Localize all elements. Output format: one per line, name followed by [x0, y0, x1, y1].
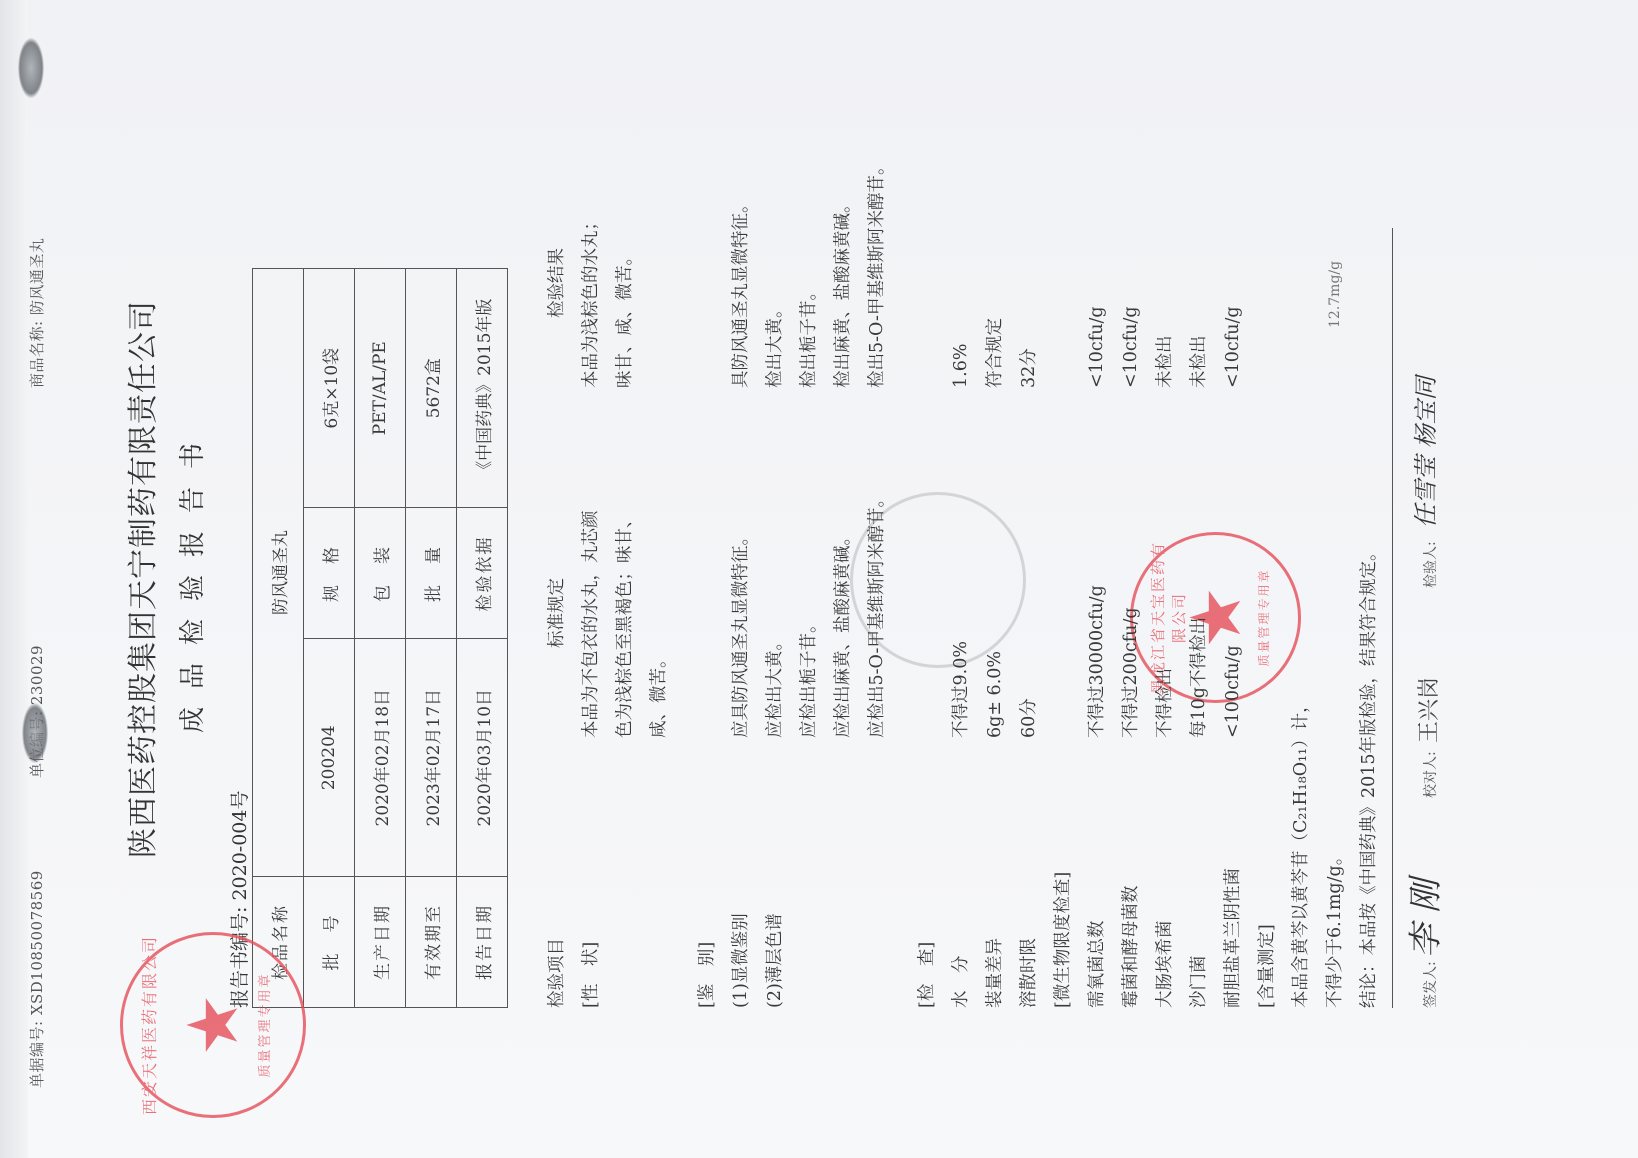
value-expiry: 2023年02月17日 [406, 639, 457, 876]
identification-heading: [鉴 别] [690, 208, 724, 1008]
result-text: <10cfu/g [1216, 306, 1250, 388]
item-name: 需氧菌总数 [1080, 921, 1114, 1009]
standard-text: 不得过30000cfu/g [1080, 585, 1114, 738]
standard-text: 应具防风通圣丸显微特征。 [724, 528, 758, 738]
assay-line: 不得少于6.1mg/g。 12.7mg/g [1318, 208, 1352, 1008]
scanned-report-sheet: 单据编号: XSD10850078569 单位编号: 230029 商品名称: … [0, 0, 1638, 1158]
company-seal-lower: 西安天祥医药有限公司 ★ 质量管理专用章 [120, 932, 306, 1118]
item-name: (2)薄层色谱 [758, 913, 792, 1008]
result-text: 检出栀子苷。 [792, 283, 826, 388]
test-row: 水 分不得过9.0%1.6% [944, 208, 978, 1008]
appearance-line: 咸、微苦。 [642, 208, 676, 1008]
scan-smudge [18, 38, 44, 98]
product-info-table: 检品名称 防风通圣丸 批 号 200204 规 格 6克×10袋 生产日期 20… [252, 268, 508, 1008]
assay-result: 12.7mg/g [1318, 261, 1352, 328]
item-name: 耐胆盐革兰阴性菌 [1216, 868, 1250, 1008]
result-text: 检出5-O-甲基维斯阿米醇苷。 [860, 158, 894, 388]
result-text: <10cfu/g [1114, 306, 1148, 388]
value-production-date: 2020年02月18日 [355, 639, 406, 876]
standard-text: 应检出栀子苷。 [792, 616, 826, 739]
item-name: 沙门菌 [1182, 956, 1216, 1009]
header-standard: 标准规定 [540, 578, 574, 648]
appearance-line: 色为浅棕色至黑褐色；味甘、 味甘、咸、微苦。 [608, 208, 642, 1008]
table-row: 批 号 200204 规 格 6克×10袋 [304, 269, 355, 1008]
result-text: 本品为浅棕色的水丸； [574, 213, 608, 388]
result-text: 符合规定 [978, 318, 1012, 388]
scan-smudge [22, 703, 48, 763]
value-product-name: 防风通圣丸 [253, 269, 304, 877]
section-heading: [检 查] [910, 942, 944, 1008]
label-spec: 规 格 [304, 508, 355, 639]
result-text: 1.6% [944, 344, 978, 388]
column-headers: 检验项目 标准规定 检验结果 [540, 208, 574, 1008]
standard-text: 不得检出 [1148, 668, 1182, 738]
item-name: 溶散时限 [1012, 938, 1046, 1008]
result-text: 未检出 [1148, 336, 1182, 389]
label-expiry: 有效期至 [406, 876, 457, 1007]
standard-text: 每10g不得检出 [1182, 617, 1216, 738]
test-row: 应检出栀子苷。检出栀子苷。 [792, 208, 826, 1008]
standard-text: 不得过9.0% [944, 641, 978, 738]
bill-number: 单据编号: XSD10850078569 [26, 870, 47, 1088]
test-row: 需氧菌总数不得过30000cfu/g<10cfu/g [1080, 208, 1114, 1008]
seal-text: 质量管理专用章 [254, 935, 273, 1115]
appearance-section: [性 状] 本品为不包衣的水丸，丸芯颜 本品为浅棕色的水丸； [574, 208, 608, 1008]
header-item: 检验项目 [540, 938, 574, 1008]
standard-text: 6g± 6.0% [978, 651, 1012, 738]
value-report-date: 2020年03月10日 [457, 639, 508, 876]
item-name: 霉菌和酵母菌数 [1114, 886, 1148, 1009]
table-row: 生产日期 2020年02月18日 包 装 PET/AL/PE [355, 269, 406, 1008]
result-text: 检出大黄。 [758, 301, 792, 389]
test-row: 溶散时限60分32分 [1012, 208, 1046, 1008]
microbial-heading: [微生物限度检查] [1046, 208, 1080, 1008]
conclusion: 结论：本品按《中国药典》2015年版检验，结果符合规定。 [1352, 208, 1386, 1008]
section-heading: [性 状] [574, 942, 608, 1008]
section-heading: [鉴 别] [690, 942, 724, 1008]
item-name: 水 分 [944, 956, 978, 1009]
issuer-label: 签发人: [1420, 961, 1440, 1008]
test-row: 应检出麻黄、盐酸麻黄碱。检出麻黄、盐酸麻黄碱。 [826, 208, 860, 1008]
seal-text: 质量管理专用章 [1255, 535, 1272, 700]
header-result: 检验结果 [540, 248, 574, 318]
divider [1392, 228, 1393, 1008]
standard-text: 咸、微苦。 [642, 651, 676, 739]
label-test-basis: 检验依据 [457, 508, 508, 639]
result-text: 检出麻黄、盐酸麻黄碱。 [826, 196, 860, 389]
standard-text: 不得过200cfu/g [1114, 607, 1148, 738]
result-text: 味甘、咸、微苦。 [608, 248, 642, 388]
result-text: 32分 [1012, 348, 1046, 388]
star-icon: ★ [178, 994, 248, 1057]
inspector-label: 检验人: [1420, 541, 1440, 588]
inspector-signature: 任雪莹 杨宝同 [1406, 376, 1441, 528]
result-text: 具防风通圣丸显微特征。 [724, 196, 758, 389]
table-row: 检品名称 防风通圣丸 [253, 269, 304, 1008]
test-row: (2)薄层色谱应检出大黄。检出大黄。 [758, 208, 792, 1008]
item-name: (1)显微鉴别 [724, 913, 758, 1008]
test-row: 沙门菌每10g不得检出未检出 [1182, 208, 1216, 1008]
standard-text: 应检出大黄。 [758, 633, 792, 738]
label-batch: 批 号 [304, 876, 355, 1007]
result-text: <10cfu/g [1080, 306, 1114, 388]
product-name-label: 商品名称: 防风通圣丸 [26, 238, 47, 388]
value-spec: 6克×10袋 [304, 269, 355, 508]
table-row: 有效期至 2023年02月17日 批 量 5672盒 [406, 269, 457, 1008]
standard-text: <100cfu/g [1216, 645, 1250, 738]
standard-text: 应检出5-O-甲基维斯阿米醇苷。 [860, 490, 894, 738]
table-row: 报告日期 2020年03月10日 检验依据 《中国药典》2015年版 [457, 269, 508, 1008]
standard-text: 色为浅棕色至黑褐色；味甘、 [608, 511, 642, 739]
result-text: 未检出 [1182, 336, 1216, 389]
issuer-signature: 李 刚 [1398, 879, 1447, 958]
seal-text: 西安天祥医药有限公司 [137, 935, 160, 1115]
checker-label: 校对人: [1420, 751, 1440, 798]
test-row: (1)显微鉴别应具防风通圣丸显微特征。具防风通圣丸显微特征。 [724, 208, 758, 1008]
item-name: 装量差异 [978, 938, 1012, 1008]
section-heading: [微生物限度检查] [1046, 872, 1080, 1008]
value-test-basis: 《中国药典》2015年版 [457, 269, 508, 508]
assay-text: 本品含黄芩以黄芩苷（C₂₁H₁₈O₁₁）计， [1284, 695, 1318, 1008]
test-row: 耐胆盐革兰阴性菌<100cfu/g<10cfu/g [1216, 208, 1250, 1008]
section-heading: [含量测定] [1250, 924, 1284, 1008]
label-report-date: 报告日期 [457, 876, 508, 1007]
checker-name: 王兴岗 [1412, 677, 1443, 743]
test-row: 霉菌和酵母菌数不得过200cfu/g<10cfu/g [1114, 208, 1148, 1008]
assay-text: 不得少于6.1mg/g。 [1318, 848, 1352, 1008]
standard-text: 应检出麻黄、盐酸麻黄碱。 [826, 528, 860, 738]
standard-text: 60分 [1012, 698, 1046, 738]
standard-text: 本品为不包衣的水丸，丸芯颜 [574, 511, 608, 739]
label-packaging: 包 装 [355, 508, 406, 639]
value-batch: 200204 [304, 639, 355, 876]
item-name: 大肠埃希菌 [1148, 921, 1182, 1009]
label-production-date: 生产日期 [355, 876, 406, 1007]
value-packaging: PET/AL/PE [355, 269, 406, 508]
test-row: 应检出5-O-甲基维斯阿米醇苷。检出5-O-甲基维斯阿米醇苷。 [860, 208, 894, 1008]
value-batch-size: 5672盒 [406, 269, 457, 508]
test-row: 装量差异6g± 6.0%符合规定 [978, 208, 1012, 1008]
scanner-edge [0, 0, 28, 1158]
test-row: 大肠埃希菌不得检出未检出 [1148, 208, 1182, 1008]
conclusion-text: 结论：本品按《中国药典》2015年版检验，结果符合规定。 [1352, 543, 1386, 1008]
label-batch-size: 批 量 [406, 508, 457, 639]
